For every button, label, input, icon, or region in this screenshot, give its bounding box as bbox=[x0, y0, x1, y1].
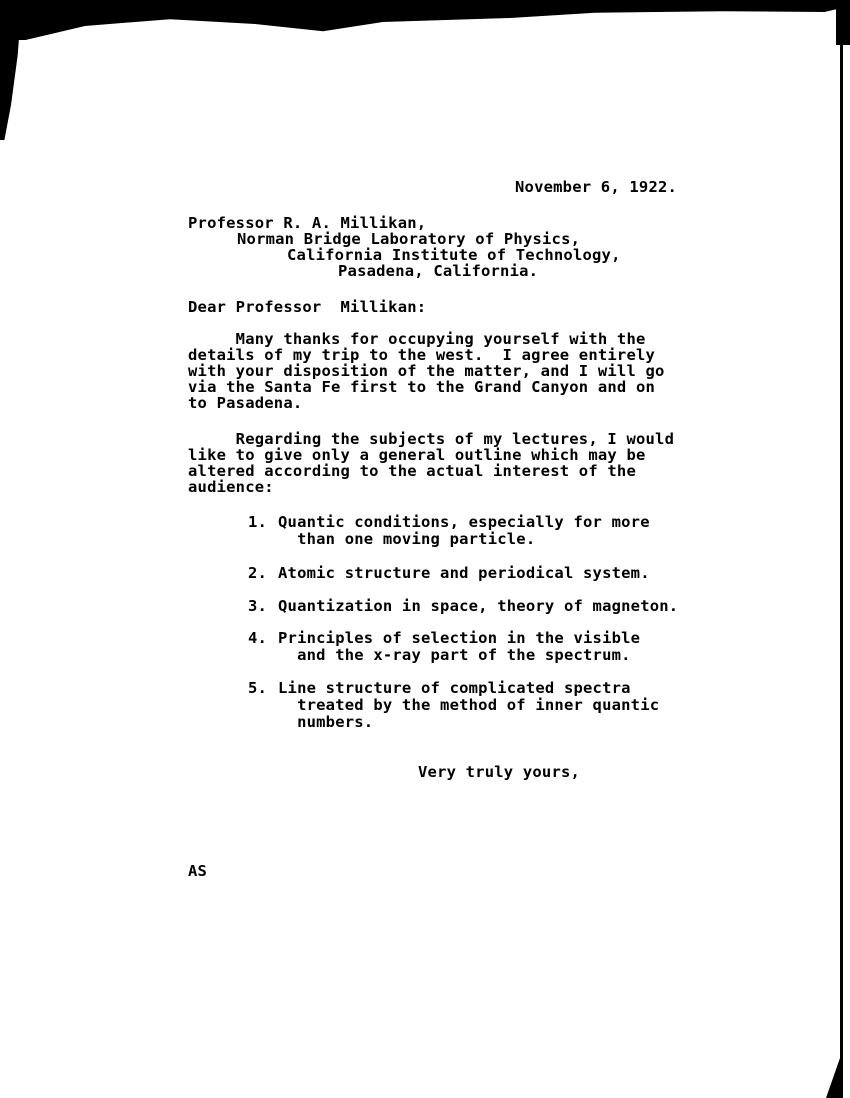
scan-edge-top bbox=[0, 0, 850, 40]
typist-initials: AS bbox=[188, 863, 207, 880]
list-item-line: and the x-ray part of the spectrum. bbox=[278, 647, 631, 664]
list-item-line: Quantic conditions, especially for more bbox=[278, 514, 650, 531]
salutation: Dear Professor Millikan: bbox=[188, 299, 426, 316]
recipient-address-line-3: Pasadena, California. bbox=[338, 263, 538, 280]
list-item-line: Line structure of complicated spectra bbox=[278, 680, 631, 697]
list-item-line: treated by the method of inner quantic bbox=[278, 697, 659, 714]
list-item-line: numbers. bbox=[278, 714, 373, 731]
scan-corner-bottom-right bbox=[826, 1058, 840, 1098]
scan-edge-left bbox=[0, 0, 22, 140]
list-item-number: 5. bbox=[248, 680, 267, 697]
scan-edge-right-top bbox=[836, 0, 850, 45]
closing: Very truly yours, bbox=[418, 764, 580, 781]
list-item-number: 1. bbox=[248, 514, 267, 531]
list-item-line: Principles of selection in the visible bbox=[278, 630, 640, 647]
list-item-number: 4. bbox=[248, 630, 267, 647]
paragraph-line: to Pasadena. bbox=[188, 395, 302, 412]
paragraph-line: audience: bbox=[188, 479, 274, 496]
scan-edge-right bbox=[836, 0, 850, 1098]
list-item-line: Atomic structure and periodical system. bbox=[278, 565, 650, 582]
list-item-line: Quantization in space, theory of magneto… bbox=[278, 598, 678, 615]
list-item-line: than one moving particle. bbox=[278, 531, 535, 548]
letter-date: November 6, 1922. bbox=[515, 179, 677, 196]
list-item-number: 2. bbox=[248, 565, 267, 582]
list-item-number: 3. bbox=[248, 598, 267, 615]
